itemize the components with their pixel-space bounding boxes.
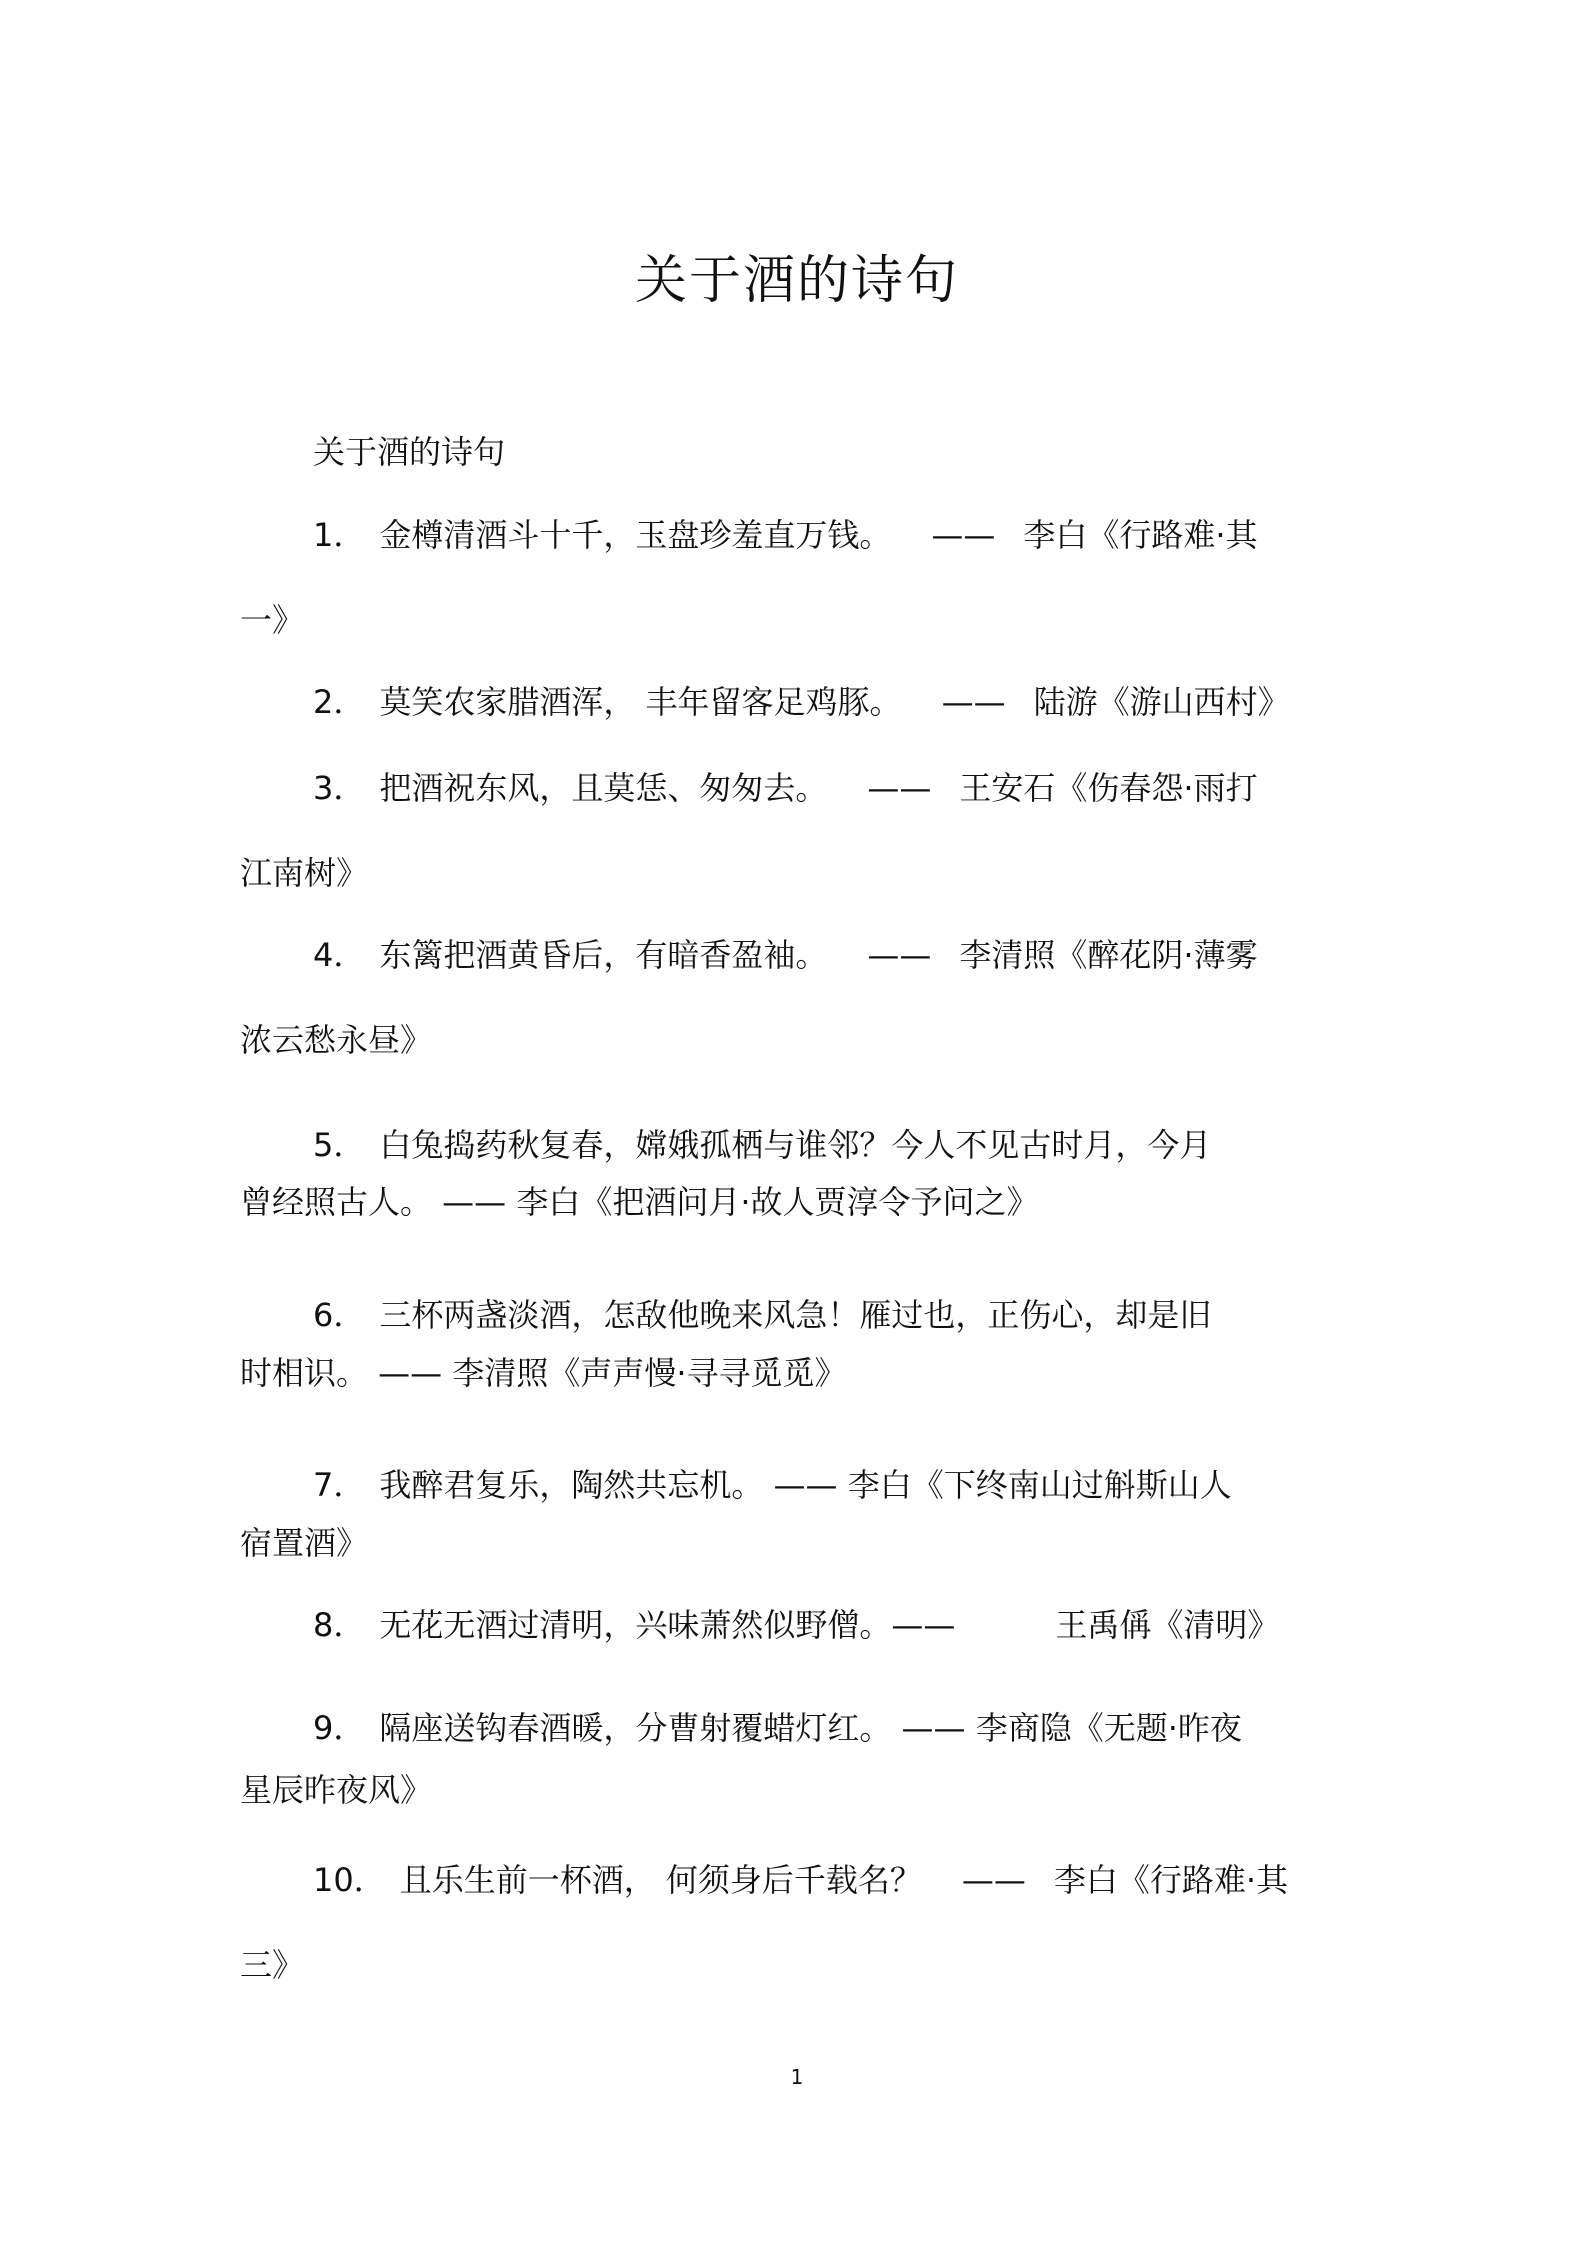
poem-text: 白兔捣药秋复春，嫦娥孤栖与谁邻？今人不见古时月，今月	[379, 1126, 1211, 1164]
poem-item-3: 3．把酒祝东风，且莫恁、匆匆去。——王安石《伤春怨·雨打	[313, 768, 1258, 808]
poem-item-1-continuation: 一》	[240, 600, 304, 640]
section-heading: 关于酒的诗句	[313, 432, 505, 472]
poem-text: 且乐生前一杯酒， 何须身后千载名？	[400, 1861, 922, 1899]
page-number: 1	[0, 2065, 1594, 2089]
poem-item-2: 2．莫笑农家腊酒浑， 丰年留客足鸡豚。——陆游《游山西村》	[313, 682, 1290, 722]
poem-text: 三杯两盏淡酒，怎敌他晚来风急！雁过也，正伤心，却是旧	[379, 1296, 1211, 1334]
attribution: 王安石《伤春怨·雨打	[959, 769, 1257, 807]
poem-item-1: 1．金樽清酒斗十千，玉盘珍羞直万钱。——李白《行路难·其	[313, 515, 1258, 555]
item-number: 4．	[313, 936, 365, 974]
attribution: 王禹偁《清明》	[1055, 1606, 1279, 1644]
poem-text: 莫笑农家腊酒浑， 丰年留客足鸡豚。	[379, 683, 901, 721]
poem-item-4-continuation: 浓云愁永昼》	[240, 1020, 432, 1060]
attribution: 李白《行路难·其	[1054, 1861, 1288, 1899]
poem-item-7: 7．我醉君复乐，陶然共忘机。 —— 李白《下终南山过斛斯山人	[313, 1465, 1232, 1505]
dash: ——	[931, 516, 995, 554]
attribution: 陆游《游山西村》	[1034, 683, 1290, 721]
poem-item-6-continuation: 时相识。 —— 李清照《声声慢·寻寻觅觅》	[240, 1353, 847, 1393]
item-number: 6．	[313, 1296, 365, 1334]
poem-item-8: 8．无花无酒过清明，兴味萧然似野僧。——王禹偁《清明》	[313, 1605, 1279, 1645]
item-number: 8．	[313, 1606, 365, 1644]
item-number: 2．	[313, 683, 365, 721]
poem-item-5: 5．白兔捣药秋复春，嫦娥孤栖与谁邻？今人不见古时月，今月	[313, 1125, 1211, 1165]
dash: ——	[962, 1861, 1026, 1899]
document-title: 关于酒的诗句	[0, 238, 1594, 313]
poem-item-9-continuation: 星辰昨夜风》	[240, 1770, 432, 1810]
item-number: 5．	[313, 1126, 365, 1164]
poem-item-3-continuation: 江南树》	[240, 853, 368, 893]
dash: ——	[867, 769, 931, 807]
poem-text: 金樽清酒斗十千，玉盘珍羞直万钱。	[379, 516, 891, 554]
poem-item-6: 6．三杯两盏淡酒，怎敌他晚来风急！雁过也，正伤心，却是旧	[313, 1295, 1211, 1335]
dash: ——	[867, 936, 931, 974]
item-number: 7．	[313, 1466, 365, 1504]
poem-item-10-continuation: 三》	[240, 1945, 304, 1985]
poem-text: 把酒祝东风，且莫恁、匆匆去。	[379, 769, 827, 807]
attribution: 李清照《醉花阴·薄雾	[959, 936, 1257, 974]
poem-item-4: 4．东篱把酒黄昏后，有暗香盈袖。——李清照《醉花阴·薄雾	[313, 935, 1258, 975]
item-number: 9．	[313, 1709, 365, 1747]
poem-text: 隔座送钩春酒暖，分曹射覆蜡灯红。 —— 李商隐《无题·昨夜	[379, 1709, 1242, 1747]
poem-text: 东篱把酒黄昏后，有暗香盈袖。	[379, 936, 827, 974]
attribution: 李白《行路难·其	[1023, 516, 1257, 554]
poem-text: 我醉君复乐，陶然共忘机。 —— 李白《下终南山过斛斯山人	[379, 1466, 1231, 1504]
document-page: 关于酒的诗句 关于酒的诗句 1．金樽清酒斗十千，玉盘珍羞直万钱。——李白《行路难…	[0, 0, 1594, 2255]
poem-item-7-continuation: 宿置酒》	[240, 1523, 368, 1563]
dash: ——	[942, 683, 1006, 721]
item-number: 3．	[313, 769, 365, 807]
poem-item-10: 10．且乐生前一杯酒， 何须身后千载名？——李白《行路难·其	[313, 1860, 1288, 1900]
poem-item-9: 9．隔座送钩春酒暖，分曹射覆蜡灯红。 —— 李商隐《无题·昨夜	[313, 1708, 1242, 1748]
poem-text: 无花无酒过清明，兴味萧然似野僧。——	[379, 1606, 955, 1644]
item-number: 10．	[313, 1861, 386, 1899]
item-number: 1．	[313, 516, 365, 554]
poem-item-5-continuation: 曾经照古人。 —— 李白《把酒问月·故人贾淳令予问之》	[240, 1182, 1039, 1222]
